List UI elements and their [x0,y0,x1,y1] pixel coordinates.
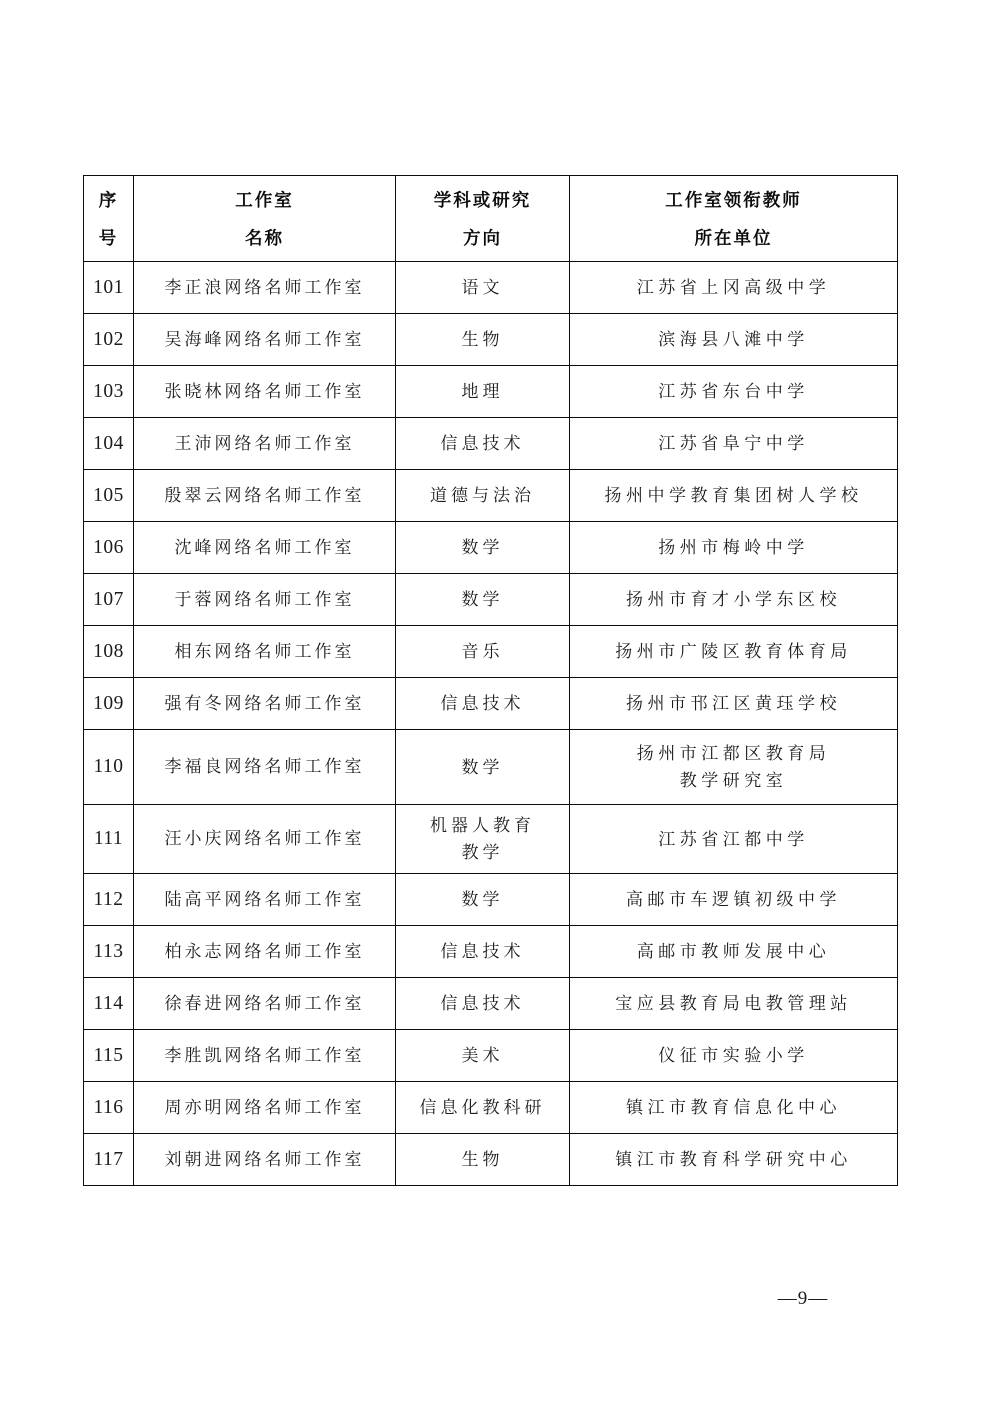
subject-cell: 数学 [396,874,570,926]
table-row: 116 周亦明网络名师工作室 信息化教科研 镇江市教育信息化中心 [84,1082,898,1134]
subject-cell: 生物 [396,314,570,366]
row-number-cell: 108 [84,626,134,678]
subject-cell: 语文 [396,262,570,314]
workshop-name-cell: 陆高平网络名师工作室 [134,874,396,926]
workshop-name-cell: 李福良网络名师工作室 [134,730,396,805]
table-row: 107 于蓉网络名师工作室 数学 扬州市育才小学东区校 [84,574,898,626]
page-number: —9— [758,1288,848,1310]
header-subject-direction: 学科或研究 方向 [396,176,570,262]
unit-cell: 江苏省上冈高级中学 [570,262,898,314]
table-row: 112 陆高平网络名师工作室 数学 高邮市车逻镇初级中学 [84,874,898,926]
workshop-name-cell: 吴海峰网络名师工作室 [134,314,396,366]
row-number-cell: 111 [84,805,134,874]
row-number-cell: 102 [84,314,134,366]
workshop-name-cell: 李正浪网络名师工作室 [134,262,396,314]
row-number-cell: 103 [84,366,134,418]
table-row: 117 刘朝进网络名师工作室 生物 镇江市教育科学研究中心 [84,1134,898,1186]
unit-cell: 仪征市实验小学 [570,1030,898,1082]
unit-cell: 扬州市梅岭中学 [570,522,898,574]
table-row: 110 李福良网络名师工作室 数学 扬州市江都区教育局 教学研究室 [84,730,898,805]
row-number-cell: 106 [84,522,134,574]
subject-cell: 生物 [396,1134,570,1186]
table-row: 111 汪小庆网络名师工作室 机器人教育 教学 江苏省江都中学 [84,805,898,874]
workshop-name-cell: 张晓林网络名师工作室 [134,366,396,418]
row-number-cell: 104 [84,418,134,470]
unit-cell: 镇江市教育科学研究中心 [570,1134,898,1186]
subject-cell: 数学 [396,730,570,805]
table-row: 104 王沛网络名师工作室 信息技术 江苏省阜宁中学 [84,418,898,470]
document-page: 序 号 工作室 名称 学科或研究 方向 工作室领衔教师 所在单位 101 李正浪… [0,0,992,1403]
row-number-cell: 112 [84,874,134,926]
subject-cell: 信息技术 [396,978,570,1030]
unit-cell: 扬州市邗江区黄珏学校 [570,678,898,730]
table-row: 106 沈峰网络名师工作室 数学 扬州市梅岭中学 [84,522,898,574]
workshop-name-cell: 徐春进网络名师工作室 [134,978,396,1030]
table-row: 105 殷翠云网络名师工作室 道德与法治 扬州中学教育集团树人学校 [84,470,898,522]
unit-cell: 高邮市车逻镇初级中学 [570,874,898,926]
subject-cell: 数学 [396,574,570,626]
unit-cell: 扬州中学教育集团树人学校 [570,470,898,522]
table-row: 113 柏永志网络名师工作室 信息技术 高邮市教师发展中心 [84,926,898,978]
header-workshop-name: 工作室 名称 [134,176,396,262]
table-row: 101 李正浪网络名师工作室 语文 江苏省上冈高级中学 [84,262,898,314]
subject-cell: 信息技术 [396,678,570,730]
workshop-name-cell: 相东网络名师工作室 [134,626,396,678]
subject-cell: 机器人教育 教学 [396,805,570,874]
table-header-row: 序 号 工作室 名称 学科或研究 方向 工作室领衔教师 所在单位 [84,176,898,262]
unit-cell: 镇江市教育信息化中心 [570,1082,898,1134]
row-number-cell: 101 [84,262,134,314]
row-number-cell: 114 [84,978,134,1030]
subject-cell: 信息技术 [396,926,570,978]
row-number-cell: 117 [84,1134,134,1186]
unit-cell: 扬州市广陵区教育体育局 [570,626,898,678]
workshop-name-cell: 殷翠云网络名师工作室 [134,470,396,522]
unit-cell: 宝应县教育局电教管理站 [570,978,898,1030]
row-number-cell: 107 [84,574,134,626]
unit-cell: 扬州市育才小学东区校 [570,574,898,626]
workshop-name-cell: 强有冬网络名师工作室 [134,678,396,730]
unit-cell: 扬州市江都区教育局 教学研究室 [570,730,898,805]
subject-cell: 道德与法治 [396,470,570,522]
table-row: 109 强有冬网络名师工作室 信息技术 扬州市邗江区黄珏学校 [84,678,898,730]
table-row: 108 相东网络名师工作室 音乐 扬州市广陵区教育体育局 [84,626,898,678]
workshop-name-cell: 刘朝进网络名师工作室 [134,1134,396,1186]
subject-cell: 音乐 [396,626,570,678]
table-row: 102 吴海峰网络名师工作室 生物 滨海县八滩中学 [84,314,898,366]
row-number-cell: 105 [84,470,134,522]
row-number-cell: 113 [84,926,134,978]
unit-cell: 高邮市教师发展中心 [570,926,898,978]
subject-cell: 地理 [396,366,570,418]
subject-cell: 数学 [396,522,570,574]
workshop-name-cell: 王沛网络名师工作室 [134,418,396,470]
header-leader-unit: 工作室领衔教师 所在单位 [570,176,898,262]
workshop-name-cell: 汪小庆网络名师工作室 [134,805,396,874]
table-row: 103 张晓林网络名师工作室 地理 江苏省东台中学 [84,366,898,418]
subject-cell: 信息技术 [396,418,570,470]
workshop-name-cell: 李胜凯网络名师工作室 [134,1030,396,1082]
workshop-name-cell: 周亦明网络名师工作室 [134,1082,396,1134]
workshop-name-cell: 柏永志网络名师工作室 [134,926,396,978]
table-row: 115 李胜凯网络名师工作室 美术 仪征市实验小学 [84,1030,898,1082]
workshop-name-cell: 于蓉网络名师工作室 [134,574,396,626]
unit-cell: 江苏省东台中学 [570,366,898,418]
subject-cell: 信息化教科研 [396,1082,570,1134]
unit-cell: 江苏省江都中学 [570,805,898,874]
row-number-cell: 115 [84,1030,134,1082]
workshop-name-cell: 沈峰网络名师工作室 [134,522,396,574]
header-serial-number: 序 号 [84,176,134,262]
row-number-cell: 116 [84,1082,134,1134]
row-number-cell: 110 [84,730,134,805]
unit-cell: 江苏省阜宁中学 [570,418,898,470]
subject-cell: 美术 [396,1030,570,1082]
table-row: 114 徐春进网络名师工作室 信息技术 宝应县教育局电教管理站 [84,978,898,1030]
row-number-cell: 109 [84,678,134,730]
workshop-roster-table: 序 号 工作室 名称 学科或研究 方向 工作室领衔教师 所在单位 101 李正浪… [83,175,898,1186]
unit-cell: 滨海县八滩中学 [570,314,898,366]
